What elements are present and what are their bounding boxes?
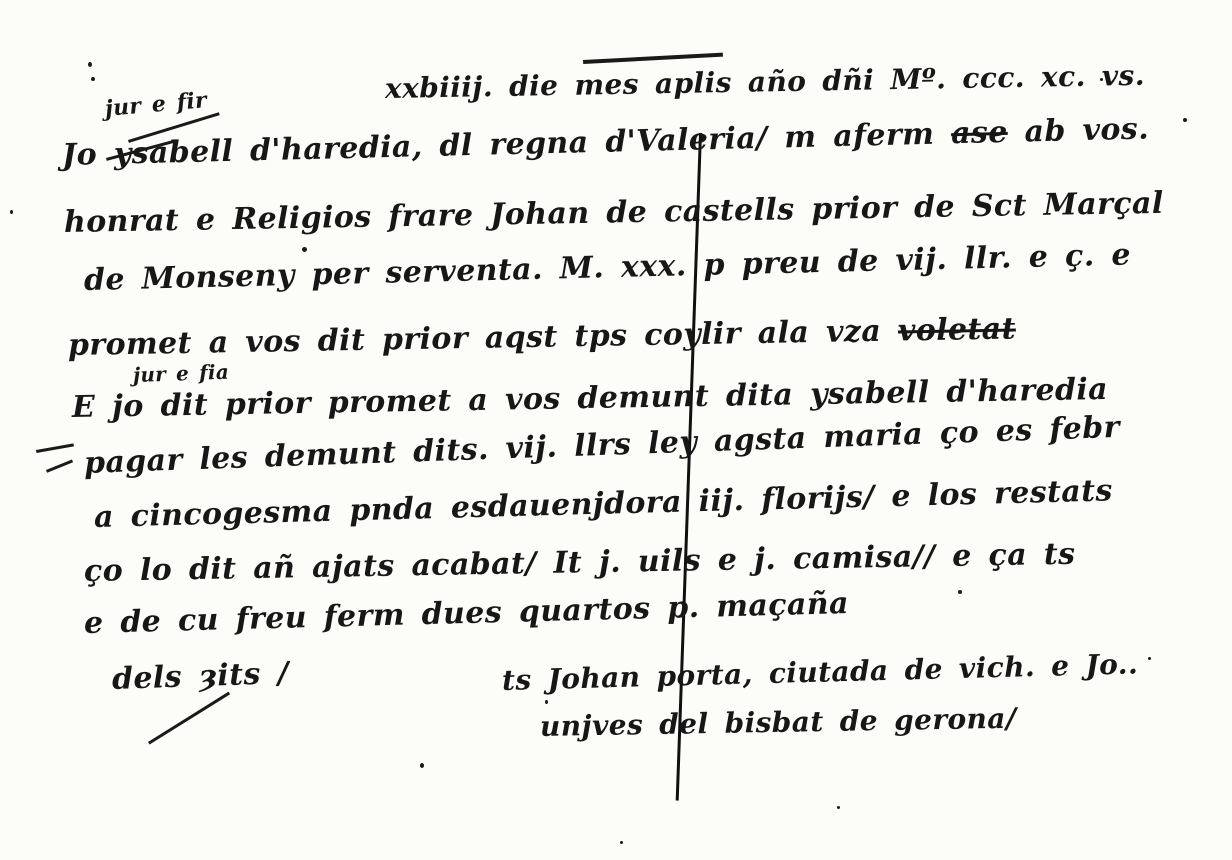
ink-speck [958, 590, 962, 594]
manuscript-line: Jo ysabell d'haredia, dl regna d'Valeria… [62, 111, 1150, 173]
fold-crease-line [676, 133, 702, 801]
ink-speck [545, 700, 548, 704]
manuscript-line: ço lo dit añ ajats acabat/ It j. uils e … [84, 537, 1076, 589]
line-text: dels ȝits / [111, 656, 289, 697]
line-text: e de cu freu ferm dues quartos p. maçaña [84, 586, 850, 641]
ink-speck [91, 77, 95, 81]
flourish-stroke [46, 460, 73, 473]
ink-speck [88, 62, 92, 67]
ink-speck [1183, 118, 1187, 122]
line-text: Jo ysabell d'haredia, dl regna d'Valeria… [62, 116, 952, 173]
line-text: de Monseny per serventa. M. xxx. p preu … [84, 237, 1132, 298]
struck-word: voletat [898, 311, 1016, 348]
witness-line: ts Johan porta, ciutada de vich. e Jo.. [502, 647, 1139, 697]
ink-speck [10, 210, 13, 214]
witness-line: unjves del bisbat de gerona/ [540, 702, 1017, 743]
flourish-stroke [36, 443, 74, 453]
ink-speck [1100, 78, 1103, 81]
manuscript-line: de Monseny per serventa. M. xxx. p preu … [84, 237, 1132, 298]
stray-ink-stroke [583, 53, 723, 64]
line-text: promet a vos dit prior aqst tps coylir a… [68, 314, 899, 363]
line-text: honrat e Religios frare Johan de castell… [64, 186, 1164, 240]
manuscript-line: a cincogesma pnda esdauenjdora iij. flor… [94, 473, 1114, 535]
margin-note-jur-e-fia: jur e fia [133, 360, 230, 387]
ink-speck [620, 841, 623, 844]
line-text: ab vos. [1007, 111, 1149, 149]
struck-word: ase [951, 115, 1008, 151]
ink-speck [302, 247, 307, 252]
manuscript-line: dels ȝits / [111, 656, 289, 697]
ink-speck [837, 806, 840, 809]
flourish-stroke [148, 692, 230, 745]
ink-speck [1148, 657, 1151, 660]
manuscript-line: honrat e Religios frare Johan de castell… [64, 186, 1164, 240]
manuscript-page: xxbiiij. die mes aplis año dñi Mº. ccc. … [0, 0, 1232, 860]
line-text: ço lo dit añ ajats acabat/ It j. uils e … [84, 537, 1076, 589]
ink-speck [420, 763, 424, 768]
manuscript-line: promet a vos dit prior aqst tps coylir a… [68, 311, 1016, 363]
dateline: xxbiiij. die mes aplis año dñi Mº. ccc. … [385, 59, 1145, 105]
line-text: a cincogesma pnda esdauenjdora iij. flor… [94, 473, 1114, 535]
margin-note-jur-e-fir: jur e fir [104, 87, 208, 122]
manuscript-line: e de cu freu ferm dues quartos p. maçaña [84, 586, 850, 641]
